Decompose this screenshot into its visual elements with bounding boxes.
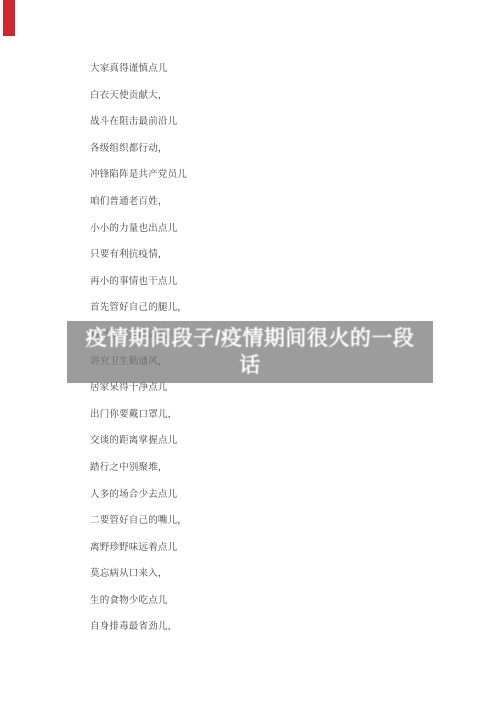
poem-line: 各级组织都行动，	[90, 136, 187, 163]
poem-line: 小小的力量也出点儿	[90, 216, 187, 243]
poem-line: 自身排毒最省劲儿，	[90, 614, 187, 641]
poem-line: 只要有利抗疫情，	[90, 242, 187, 269]
poem-line: 战斗在阻击最前沿儿	[90, 109, 187, 136]
poem-line: 生的食物少吃点儿	[90, 588, 187, 615]
poem-line: 人多的场合少去点儿	[90, 482, 187, 509]
headline-line-2: 话	[239, 352, 261, 379]
poem-line: 冲锋陷阵是共产党员儿	[90, 162, 187, 189]
corner-ribbon	[3, 0, 15, 36]
poem-line: 白衣天使贡献大，	[90, 83, 187, 110]
poem-line: 交谈的距离掌握点儿	[90, 428, 187, 455]
poem-line: 二要管好自己的嘴儿，	[90, 508, 187, 535]
poem-line: 首先管好自己的腿儿，	[90, 295, 187, 322]
poem-line: 咱们普通老百姓，	[90, 189, 187, 216]
headline-line-1: 疫情期间段子/疫情期间很火的一段	[86, 325, 415, 352]
poem-line: 莫忘病从口来入，	[90, 561, 187, 588]
poem-line: 出门你要戴口罩儿，	[90, 402, 187, 429]
headline-overlay: 疫情期间段子/疫情期间很火的一段 话	[67, 321, 433, 383]
poem-line: 离野珍野味远着点儿	[90, 535, 187, 562]
poem-line: 踏行之中别聚堆，	[90, 455, 187, 482]
poem-line: 再小的事情也干点儿	[90, 269, 187, 296]
poem-line: 大家真得谨慎点儿	[90, 56, 187, 83]
